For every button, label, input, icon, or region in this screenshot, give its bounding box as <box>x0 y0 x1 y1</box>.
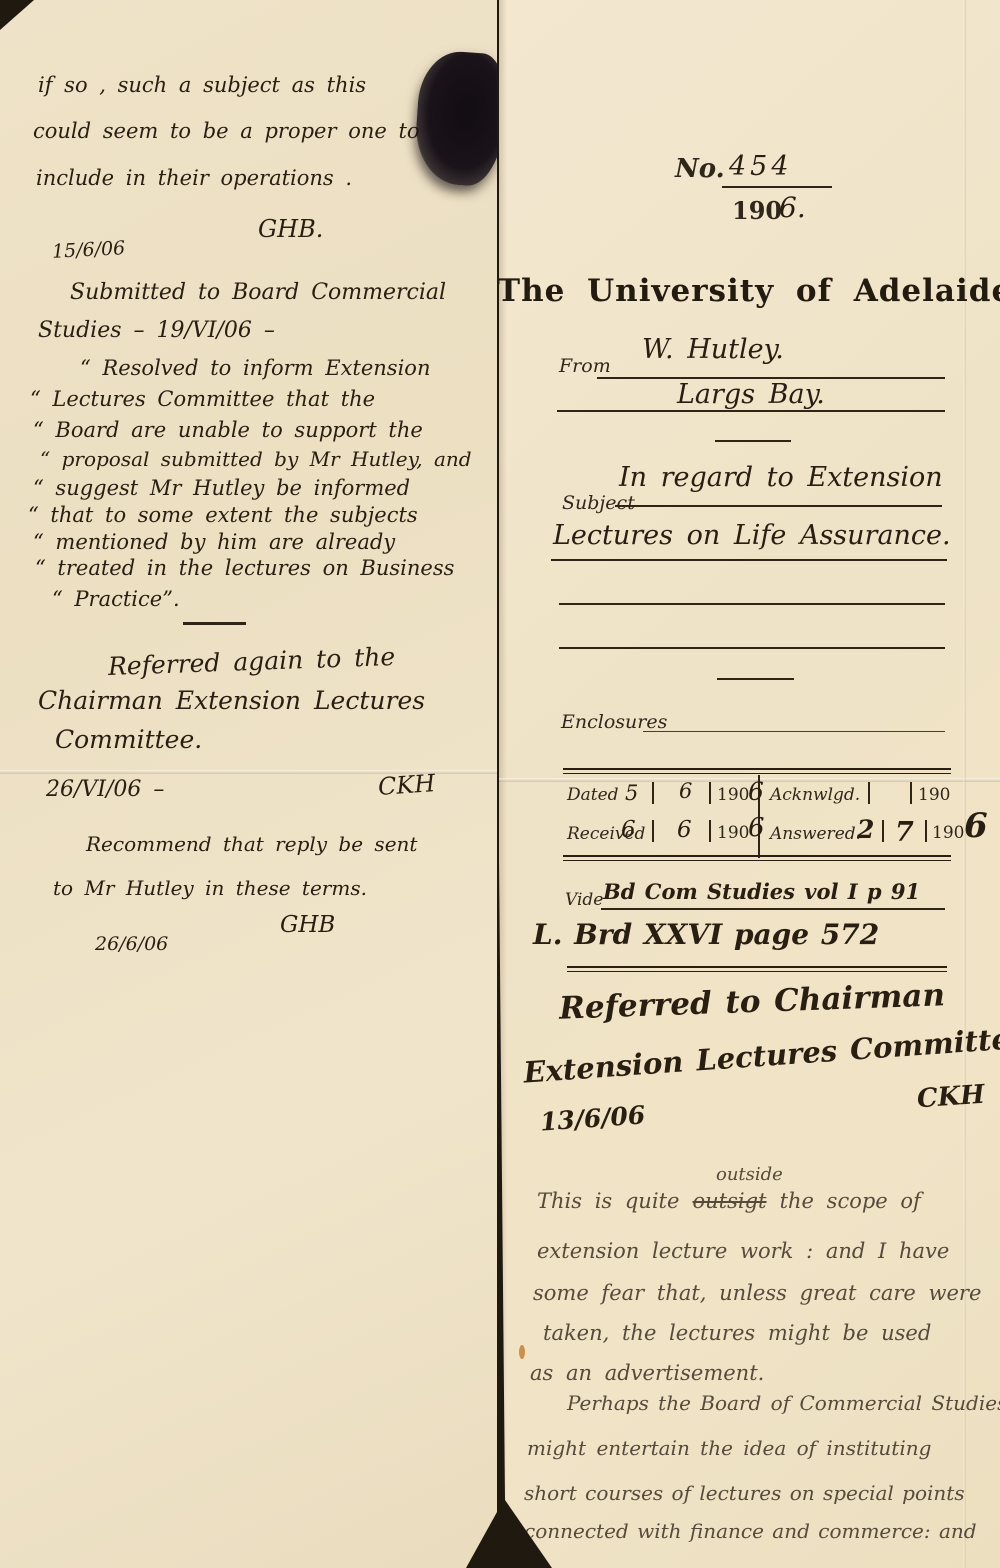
pencil-line: some fear that, unless great care were <box>533 1282 981 1305</box>
pencil-text: This is quite <box>537 1189 679 1213</box>
subject-label: Subject <box>562 493 635 514</box>
handwriting-line: include in their operations . <box>36 167 352 190</box>
from-address: Largs Bay. <box>677 380 825 410</box>
paper-stain <box>519 1345 525 1359</box>
pencil-line: taken, the lectures might be used <box>543 1322 931 1345</box>
rule-line <box>559 603 945 605</box>
dated-label: Dated <box>567 786 619 805</box>
page-edge-shadow <box>497 0 507 1568</box>
form-year-printed: 190 <box>732 198 782 224</box>
table-cell-bar <box>868 782 870 804</box>
table-cell-bar <box>652 820 654 842</box>
resolution-line: “ Resolved to inform Extension <box>80 357 430 380</box>
rule-line <box>551 559 947 561</box>
rule-line <box>559 647 945 649</box>
handwriting-line: Submitted to Board Commercial <box>70 281 446 305</box>
annotation-date: 26/VI/06 – <box>46 778 164 802</box>
rule-line <box>615 505 942 507</box>
handwriting-line: Chairman Extension Lectures <box>38 687 425 715</box>
resolution-line: “ mentioned by him are already <box>33 531 395 554</box>
resolution-line: “ proposal submitted by Mr Hutley, and <box>40 448 472 470</box>
referral-line: Referred to Chairman <box>559 978 946 1026</box>
fold-crease-vertical <box>963 0 966 1568</box>
clerk-initials: GHB. <box>258 216 323 242</box>
pencil-line: as an advertisement. <box>530 1362 764 1385</box>
pencil-inserted-word: outside <box>716 1165 783 1185</box>
clerk-initials: CKH <box>377 770 436 800</box>
dated-year-digit: 6 <box>748 778 764 806</box>
referral-line: Extension Lectures Committee <box>523 1022 1000 1089</box>
right-page: No. 454 190 6. The University of Adelaid… <box>497 0 1000 1568</box>
resolution-line: “ Board are unable to support the <box>33 419 423 442</box>
received-day: 6 <box>621 818 636 843</box>
vide-value: Bd Com Studies vol I p 91 <box>603 880 920 903</box>
table-cell-bar <box>925 820 927 842</box>
rule-line <box>722 186 832 188</box>
subject-line: In regard to Extension <box>619 463 943 493</box>
document-photo: if so , such a subject as this could see… <box>0 0 1000 1568</box>
handwriting-line: Studies – 19/VI/06 – <box>38 319 275 343</box>
pencil-line: might entertain the idea of instituting <box>527 1437 931 1459</box>
handwriting-line: to Mr Hutley in these terms. <box>53 877 367 899</box>
separator-dash <box>717 678 794 680</box>
pencil-line: extension lecture work : and I have <box>537 1240 949 1263</box>
enclosures-label: Enclosures <box>561 712 667 733</box>
separator-dash <box>183 622 246 625</box>
rule-line <box>557 410 945 412</box>
answered-month: 7 <box>895 818 914 848</box>
received-month: 6 <box>677 818 692 843</box>
table-cell-bar <box>910 782 912 804</box>
table-bottom-rule <box>563 855 951 861</box>
form-number-value: 454 <box>729 152 793 182</box>
separator-dash <box>715 440 791 442</box>
resolution-line: “ treated in the lectures on Business <box>35 557 454 580</box>
answered-day: 2 <box>857 816 874 844</box>
dated-year-printed: 190 <box>717 786 749 805</box>
answered-year-digit: 6 <box>964 808 988 845</box>
dated-month: 6 <box>679 780 692 803</box>
answered-year-printed: 190 <box>932 824 964 843</box>
rule-line <box>567 966 947 972</box>
acknwlgd-year-printed: 190 <box>918 786 950 805</box>
resolution-line: “ Lectures Committee that the <box>30 388 375 411</box>
referral-date: 13/6/06 <box>539 1101 646 1136</box>
handwriting-line: Referred again to the <box>108 643 396 681</box>
subject-line: Lectures on Life Assurance. <box>553 521 951 551</box>
resolution-line: “ that to some extent the subjects <box>28 504 418 527</box>
resolution-line: “ suggest Mr Hutley be informed <box>33 477 410 500</box>
left-page: if so , such a subject as this could see… <box>0 0 497 1568</box>
table-cell-bar <box>709 782 711 804</box>
resolution-line: “ Practice”. <box>52 588 180 611</box>
table-cell-bar <box>882 820 884 842</box>
pencil-line: Perhaps the Board of Commercial Studies <box>567 1392 1000 1414</box>
annotation-date: 15/6/06 <box>52 238 126 263</box>
clerk-initials: CKH <box>916 1081 986 1114</box>
from-label: From <box>559 356 611 377</box>
clerk-initials: GHB <box>280 913 335 938</box>
table-top-rule <box>563 768 951 774</box>
university-title: The University of Adelaide. <box>497 274 1000 308</box>
form-year-digit: 6. <box>779 193 806 224</box>
received-year-digit: 6 <box>748 814 765 843</box>
received-year-printed: 190 <box>717 824 749 843</box>
table-cell-bar <box>652 782 654 804</box>
acknwlgd-label: Acknwlgd. <box>770 786 860 805</box>
pencil-line: connected with finance and commerce: and <box>524 1520 977 1542</box>
handwriting-line: Committee. <box>55 726 202 754</box>
from-name: W. Hutley. <box>642 335 784 365</box>
pencil-line: short courses of lectures on special poi… <box>524 1482 965 1504</box>
vide-label: Vide <box>565 891 603 910</box>
handwriting-line: if so , such a subject as this <box>38 74 366 97</box>
handwriting-line: could seem to be a proper one to <box>33 120 420 143</box>
handwriting-line: Recommend that reply be sent <box>86 833 417 855</box>
form-number-label: No. <box>675 155 725 184</box>
answered-label: Answered. <box>770 825 861 844</box>
pencil-line: This is quite outsigt the scope of <box>537 1190 921 1213</box>
annotation-date: 26/6/06 <box>95 934 168 955</box>
rule-line <box>643 731 945 732</box>
dated-day: 5 <box>625 782 638 805</box>
table-cell-bar <box>709 820 711 842</box>
pencil-struck-word: outsigt <box>693 1189 767 1213</box>
pencil-text: the scope of <box>780 1189 921 1213</box>
ink-blot <box>412 49 509 188</box>
letter-book-ref: L. Brd XXVI page 572 <box>533 920 879 951</box>
rule-line <box>601 908 945 910</box>
